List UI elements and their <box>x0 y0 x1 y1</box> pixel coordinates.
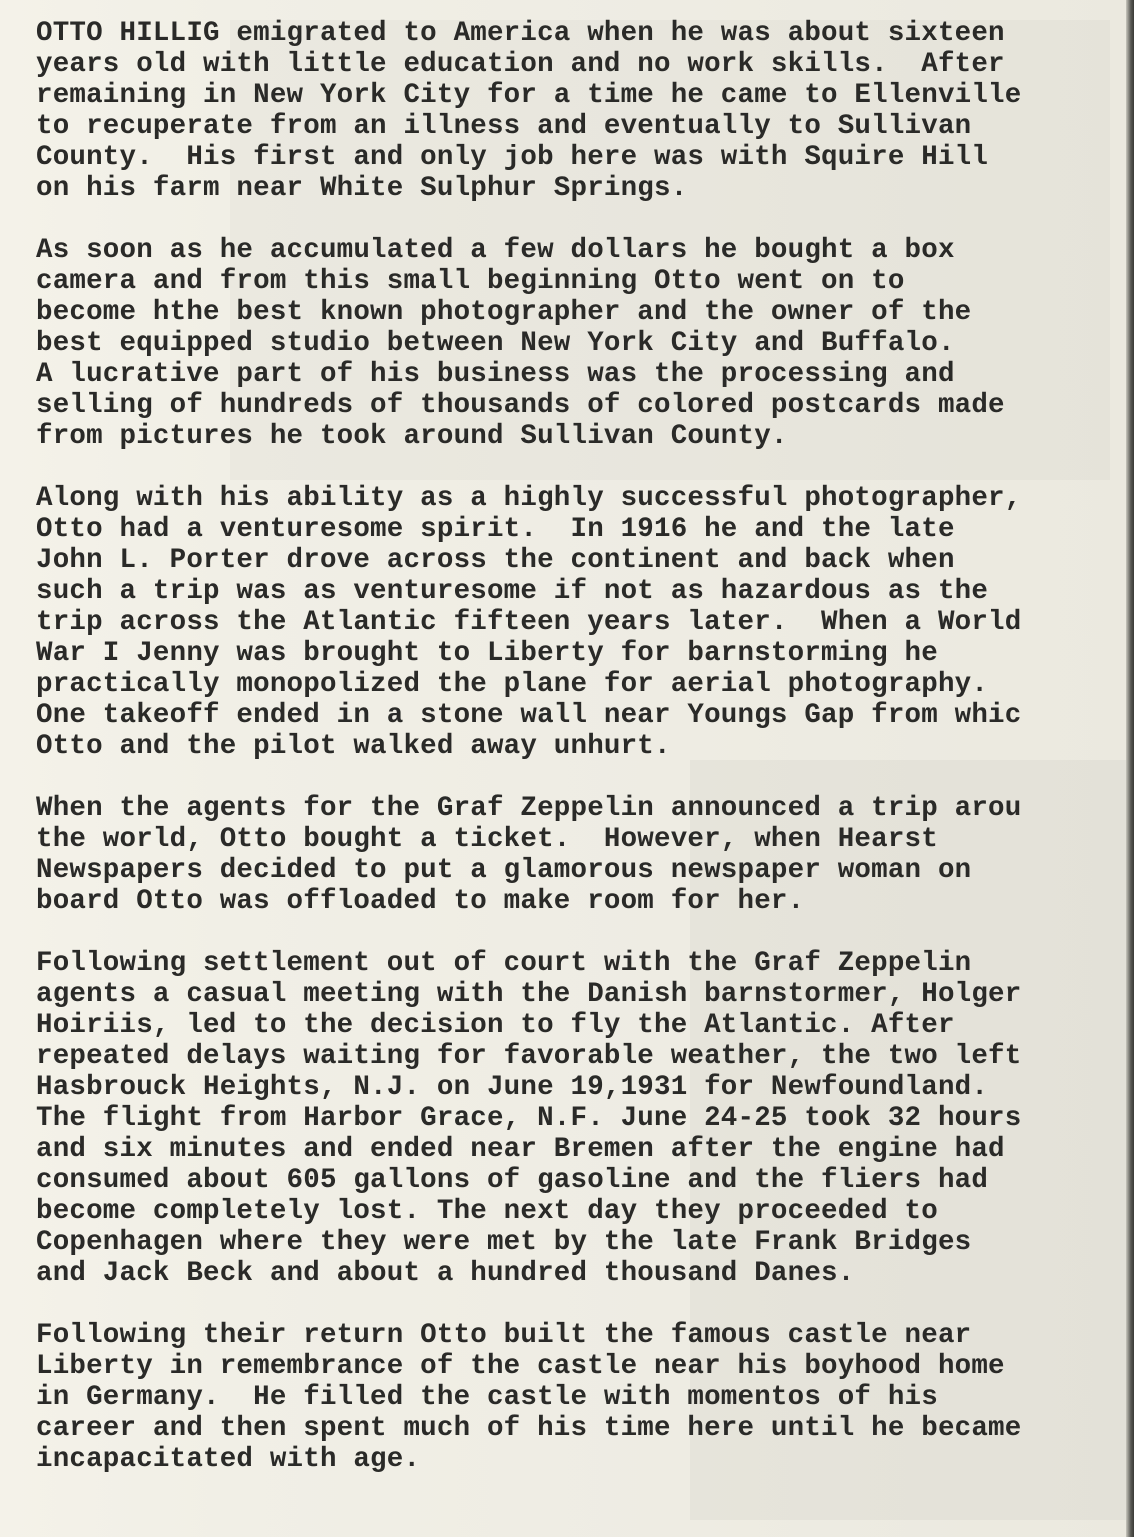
text-line: such a trip was as venturesome if not as… <box>36 576 1134 607</box>
text-line: As soon as he accumulated a few dollars … <box>36 235 1134 266</box>
text-line: repeated delays waiting for favorable we… <box>36 1041 1134 1072</box>
typewritten-page: OTTO HILLIG emigrated to America when he… <box>0 0 1134 1537</box>
text-line: camera and from this small beginning Ott… <box>36 266 1134 297</box>
text-line: John L. Porter drove across the continen… <box>36 545 1134 576</box>
text-line: Copenhagen where they were met by the la… <box>36 1227 1134 1258</box>
text-line: selling of hundreds of thousands of colo… <box>36 390 1134 421</box>
text-line: County. His first and only job here was … <box>36 142 1134 173</box>
text-line: best equipped studio between New York Ci… <box>36 328 1134 359</box>
text-line: remaining in New York City for a time he… <box>36 80 1134 111</box>
text-line: Newspapers decided to put a glamorous ne… <box>36 855 1134 886</box>
text-line: War I Jenny was brought to Liberty for b… <box>36 638 1134 669</box>
paragraph-venturesome-spirit: Along with his ability as a highly succe… <box>36 483 1134 762</box>
text-line: Liberty in remembrance of the castle nea… <box>36 1351 1134 1382</box>
text-line: become completely lost. The next day the… <box>36 1196 1134 1227</box>
paragraph-atlantic-flight: Following settlement out of court with t… <box>36 948 1134 1289</box>
text-line: from pictures he took around Sullivan Co… <box>36 421 1134 452</box>
text-line: Hasbrouck Heights, N.J. on June 19,1931 … <box>36 1072 1134 1103</box>
text-line: When the agents for the Graf Zeppelin an… <box>36 793 1134 824</box>
text-line: to recuperate from an illness and eventu… <box>36 111 1134 142</box>
paragraph-emigration: OTTO HILLIG emigrated to America when he… <box>36 18 1134 204</box>
text-line: A lucrative part of his business was the… <box>36 359 1134 390</box>
text-line: trip across the Atlantic fifteen years l… <box>36 607 1134 638</box>
text-line: and Jack Beck and about a hundred thousa… <box>36 1258 1134 1289</box>
text-line: become hthe best known photographer and … <box>36 297 1134 328</box>
text-line: on his farm near White Sulphur Springs. <box>36 173 1134 204</box>
text-line: Otto and the pilot walked away unhurt. <box>36 731 1134 762</box>
text-line: Along with his ability as a highly succe… <box>36 483 1134 514</box>
paragraph-graf-zeppelin: When the agents for the Graf Zeppelin an… <box>36 793 1134 917</box>
paragraph-castle: Following their return Otto built the fa… <box>36 1320 1134 1475</box>
text-line: career and then spent much of his time h… <box>36 1413 1134 1444</box>
text-line: and six minutes and ended near Bremen af… <box>36 1134 1134 1165</box>
text-line: Otto had a venturesome spirit. In 1916 h… <box>36 514 1134 545</box>
text-line: practically monopolized the plane for ae… <box>36 669 1134 700</box>
text-line: board Otto was offloaded to make room fo… <box>36 886 1134 917</box>
text-line: years old with little education and no w… <box>36 49 1134 80</box>
text-line: consumed about 605 gallons of gasoline a… <box>36 1165 1134 1196</box>
text-line: One takeoff ended in a stone wall near Y… <box>36 700 1134 731</box>
paragraph-photography: As soon as he accumulated a few dollars … <box>36 235 1134 452</box>
document-body: OTTO HILLIG emigrated to America when he… <box>36 18 1134 1506</box>
text-line: The flight from Harbor Grace, N.F. June … <box>36 1103 1134 1134</box>
text-line: Following their return Otto built the fa… <box>36 1320 1134 1351</box>
text-line: agents a casual meeting with the Danish … <box>36 979 1134 1010</box>
text-line: incapacitated with age. <box>36 1444 1134 1475</box>
text-line: OTTO HILLIG emigrated to America when he… <box>36 18 1134 49</box>
text-line: in Germany. He filled the castle with mo… <box>36 1382 1134 1413</box>
text-line: Following settlement out of court with t… <box>36 948 1134 979</box>
text-line: Hoiriis, led to the decision to fly the … <box>36 1010 1134 1041</box>
text-line: the world, Otto bought a ticket. However… <box>36 824 1134 855</box>
